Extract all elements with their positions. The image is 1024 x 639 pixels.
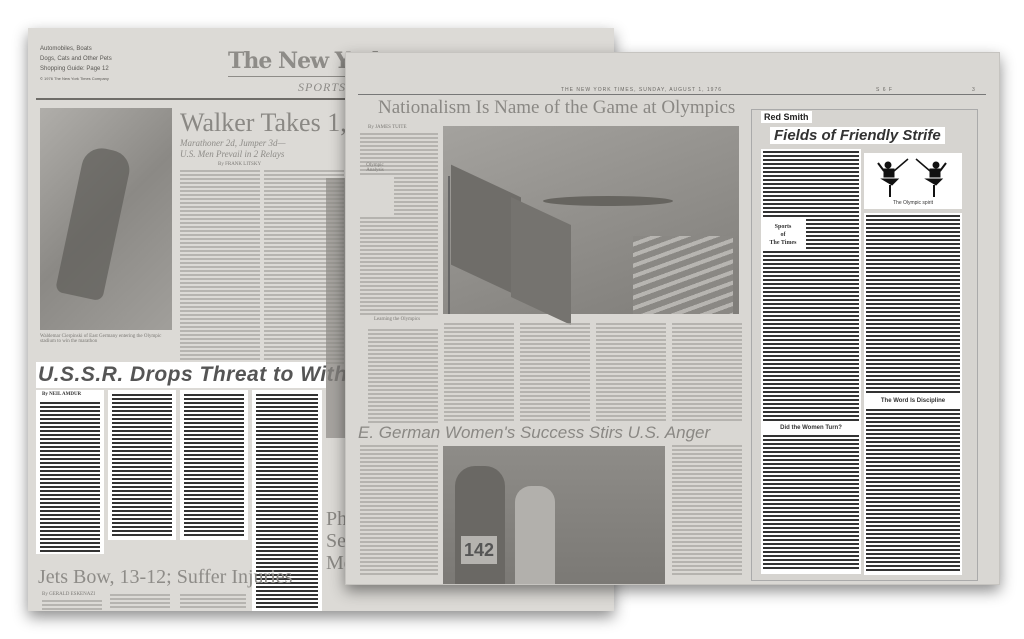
article-column [806,219,859,249]
article-column [180,594,246,610]
deck-line: U.S. Men Prevail in 2 Relays [180,149,286,160]
subhead: Did the Women Turn? [763,425,859,431]
cauldron-shape [543,196,673,206]
page-folio: THE NEW YORK TIMES, SUNDAY, AUGUST 1, 19… [561,87,722,93]
olympic-fencers-icon [874,157,952,197]
article-column [110,594,170,610]
headline-nationalism: Nationalism Is Name of the Game at Olymp… [378,97,735,119]
article-column [763,251,859,421]
article-column [672,445,742,577]
article-column [394,177,438,217]
article-column [368,329,438,423]
subhead: Learning the Olympics [374,317,420,322]
article-column [180,170,260,364]
olympic-logo-box: The Olympic spirit [864,153,962,209]
ear-line: © 1976 The New York Times Company [40,74,112,84]
runner-photo [40,108,172,330]
ear-line: Automobiles, Boats [40,44,112,54]
article-column [763,151,859,217]
article-column [672,323,742,423]
athletes-photo: 142 [443,446,665,584]
headline-jets: Jets Bow, 13-12; Suffer Injuries [38,566,292,589]
article-column [444,323,514,423]
olympic-flame-photo [443,126,739,314]
bib-number: 142 [461,536,497,564]
flag-stripes [633,236,733,314]
article-column [112,394,172,536]
newspaper-page-right: THE NEW YORK TIMES, SUNDAY, AUGUST 1, 19… [345,52,1000,585]
article-column [596,323,666,423]
logo-caption: The Olympic spirit [864,200,962,206]
athlete-figure [515,486,555,584]
article-column [42,600,102,610]
columnist-name: Red Smith [761,111,812,123]
article-column [520,323,590,423]
masthead-rule [228,76,348,77]
sidebox-line: Sports [764,223,802,231]
article-column [866,215,960,395]
photo-caption: Waldemar Cierpinski of East Germany ente… [40,334,172,344]
page-mark: S 6 F [876,87,893,93]
folio-rule [358,94,986,95]
deck: Marathoner 2d, Jumper 3d— U.S. Men Preva… [180,138,286,160]
article-column [360,217,438,315]
section-label: SPORTS [298,80,346,95]
headline-fields: Fields of Friendly Strife [770,127,945,144]
subhead: The Word Is Discipline [866,398,960,404]
page-number: 3 [972,87,976,93]
sidebox-line: The Times [764,239,802,247]
byline: By GERALD ESKENAZI [42,592,95,597]
byline: By JAMES TUITE [368,125,407,130]
byline: By NEIL AMDUR [42,392,81,397]
deck-line: Marathoner 2d, Jumper 3d— [180,138,286,149]
sidebar-label: Olympic Analysis [360,163,390,173]
article-column [40,402,100,552]
article-column [184,394,244,536]
runner-figure [55,145,133,302]
article-column [866,409,960,571]
ear-line: Dogs, Cats and Other Pets [40,54,112,64]
flagpole [448,176,450,314]
ear-line: Shopping Guide: Page 12 [40,64,112,74]
athlete-figure [455,466,505,584]
sports-of-the-times-box: Sports of The Times [764,223,802,247]
article-column [763,435,859,571]
page-ears: Automobiles, Boats Dogs, Cats and Other … [40,44,112,84]
article-column [360,445,438,577]
flag-shape [511,197,571,325]
header-rule [36,98,346,100]
headline-egerman: E. German Women's Success Stirs U.S. Ang… [358,423,710,443]
byline: By FRANK LITSKY [218,162,261,167]
sidebox-line: of [764,231,802,239]
